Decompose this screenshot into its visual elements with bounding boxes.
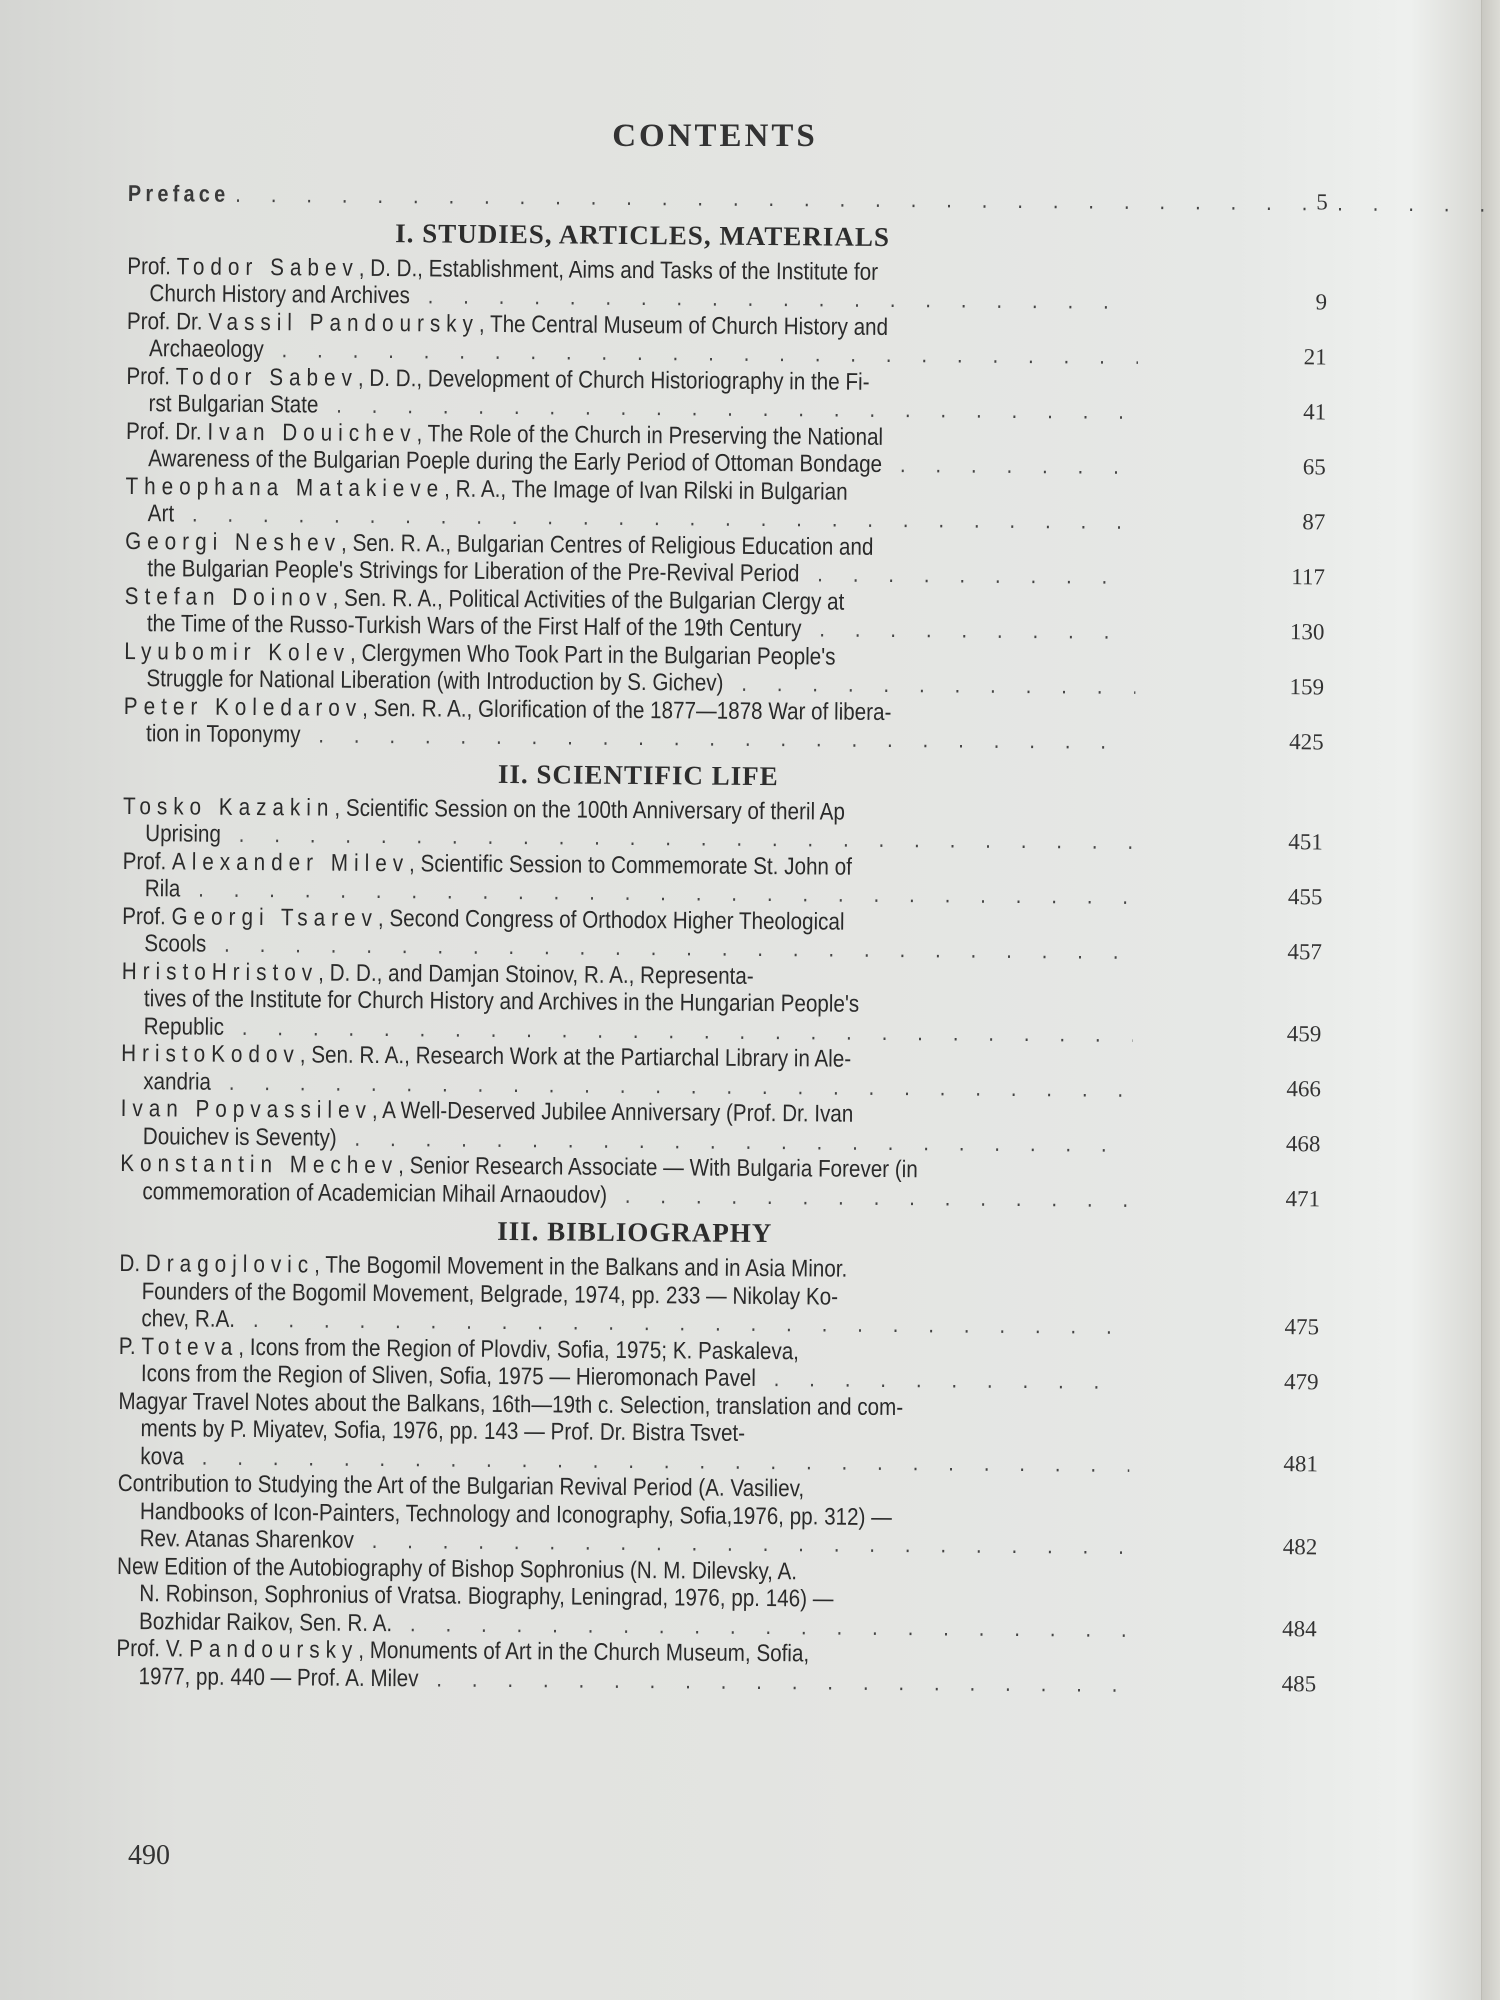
entry-title-text: , D. D., and Damjan Stoinov, R. A., Repr…	[318, 959, 754, 989]
page-edge	[1481, 0, 1500, 2000]
toc-entry: D. Dragojlovic, The Bogomil Movement in …	[119, 1250, 1320, 1342]
book-page: CONTENTS Preface . . . . . . . . . . . .…	[0, 0, 1500, 2000]
toc-entry: Prof. Todor Sabev, D. D., Establishment,…	[127, 252, 1327, 316]
author-name: Peter Koledarov	[124, 692, 363, 721]
section-heading: II. SCIENTIFIC LIFE	[123, 755, 1323, 795]
toc-entry: P. Toteva, Icons from the Region of Plov…	[119, 1332, 1319, 1396]
page-number: 466	[1286, 1076, 1321, 1102]
toc-entry: HristoKodov, Sen. R. A., Research Work a…	[121, 1040, 1321, 1104]
leader-dots: . . . . . . . . . . . . . . . . . . . . …	[723, 670, 1135, 701]
preface-label: Preface	[128, 180, 230, 207]
toc-entry-preface: Preface . . . . . . . . . . . . . . . . …	[128, 180, 1328, 217]
entry-title-text: Icons from the Region of Sliven, Sofia, …	[141, 1360, 756, 1392]
toc-entry: Magyar Travel Notes about the Balkans, 1…	[118, 1387, 1319, 1479]
section-heading: III. BIBLIOGRAPHY	[120, 1213, 1320, 1253]
toc-sections: I. STUDIES, ARTICLES, MATERIALSProf. Tod…	[116, 215, 1328, 1699]
author-name: Alexander Milev	[172, 848, 409, 877]
author-title-prefix: Prof. Dr.	[126, 417, 202, 445]
author-name: Ivan Douichev	[207, 418, 416, 447]
entry-title-text: , D. D., Development of Church Historiog…	[358, 364, 870, 395]
author-title-prefix: Prof. V.	[116, 1635, 183, 1663]
entry-title-text: Church History and Archives	[149, 280, 410, 309]
page-number: 482	[1283, 1534, 1318, 1560]
author-name: Georgi Tsarev	[171, 903, 378, 932]
page-number: 484	[1282, 1616, 1317, 1642]
page-number: 9	[1315, 289, 1327, 315]
author-name: Todor Sabev	[177, 253, 359, 281]
toc-entry: Prof. Georgi Tsarev, Second Congress of …	[122, 902, 1322, 966]
page-number: 87	[1302, 509, 1325, 535]
page-number: 485	[1282, 1671, 1317, 1697]
author-name: Stefan Doinov	[125, 582, 333, 611]
author-title-prefix: Prof.	[127, 252, 171, 279]
page-number: 451	[1288, 829, 1323, 855]
entry-title-text: chev, R.A.	[141, 1305, 235, 1333]
toc-entry: Georgi Neshev, Sen. R. A., Bulgarian Cen…	[125, 527, 1325, 591]
author-name: HristoKodov	[121, 1040, 300, 1068]
page-number: 159	[1289, 674, 1324, 700]
page-number: 468	[1286, 1131, 1321, 1157]
author-name: Theophana Matakieve	[125, 472, 444, 502]
page-number: 5	[1316, 189, 1328, 215]
toc-entry: Konstantin Mechev, Senior Research Assoc…	[120, 1150, 1320, 1214]
author-name: Dragojlovic	[146, 1250, 315, 1278]
entry-title-text: 1977, pp. 440 — Prof. A. Milev	[139, 1663, 419, 1692]
toc-entry: HristoHristov, D. D., and Damjan Stoinov…	[121, 957, 1322, 1049]
entry-title-text: , D. D., Establishment, Aims and Tasks o…	[359, 254, 878, 285]
toc-entry: Lyubomir Kolev, Clergymen Who Took Part …	[124, 637, 1324, 701]
toc-entry: Prof. Todor Sabev, D. D., Development of…	[126, 362, 1326, 426]
entry-title-text: Rev. Atanas Sharenkov	[140, 1525, 354, 1554]
toc-entry: Ivan Popvassilev, A Well-Deserved Jubile…	[120, 1095, 1320, 1159]
page-number: 459	[1287, 1021, 1322, 1047]
toc-entry: Prof. Dr. Ivan Douichev, The Role of the…	[126, 417, 1326, 481]
table-of-contents: Preface . . . . . . . . . . . . . . . . …	[116, 180, 1328, 1699]
author-title-prefix: Prof. Dr.	[127, 307, 203, 335]
entry-title-text: , Second Congress of Orthodox Higher The…	[378, 904, 845, 935]
entry-title-text: xandria	[143, 1068, 211, 1096]
toc-entry: Theophana Matakieve, R. A., The Image of…	[125, 472, 1325, 536]
entry-title-text: Republic	[144, 1013, 225, 1041]
entry-title-text: , Sen. R. A., Research Work at the Parti…	[300, 1041, 852, 1072]
toc-entry: Peter Koledarov, Sen. R. A., Glorificati…	[124, 692, 1324, 756]
entry-title-text: , Scientific Session on the 100th Annive…	[334, 794, 845, 825]
entry-title-text: Scools	[144, 930, 206, 957]
page-title: CONTENTS	[0, 118, 1430, 155]
author-title-prefix: P.	[119, 1332, 136, 1359]
toc-entry: Prof. V. Pandoursky, Monuments of Art in…	[116, 1635, 1316, 1699]
page-number: 479	[1284, 1369, 1319, 1395]
entry-title-text: rst Bulgarian State	[148, 390, 318, 418]
folio-page-number: 490	[128, 1840, 170, 1872]
leader-dots: . . . . . . . . . . . . . . . . . . . . …	[799, 560, 1136, 590]
author-title-prefix: Prof.	[126, 362, 170, 389]
author-title-prefix: D.	[119, 1250, 140, 1277]
page-number: 425	[1289, 729, 1324, 755]
entry-title-text: , Monuments of Art in the Church Museum,…	[358, 1637, 809, 1668]
entry-title-text: , Sen. R. A., Bulgarian Centres of Relig…	[341, 529, 874, 560]
author-name: Ivan Popvassilev	[121, 1095, 372, 1124]
entry-title-text: Archaeology	[149, 335, 264, 363]
page-number: 455	[1288, 884, 1323, 910]
author-title-prefix: Prof.	[122, 902, 166, 929]
author-name: Todor Sabev	[176, 363, 358, 391]
leader-dots: . . . . . . . . . . . . . . . . . . . . …	[801, 615, 1136, 645]
leader-dots: . . . . . . . . . . . . . . . . . . . . …	[235, 181, 1500, 219]
page-number: 117	[1291, 564, 1325, 590]
page-number: 130	[1290, 619, 1325, 645]
author-title-prefix: Prof.	[123, 847, 167, 874]
page-number: 481	[1283, 1451, 1318, 1477]
entry-title-text: , The Bogomil Movement in the Balkans an…	[314, 1251, 847, 1282]
entry-title-text: , Sen. R. A., Political Activities of th…	[333, 584, 845, 615]
entry-title-text: , R. A., The Image of Ivan Rilski in Bul…	[444, 475, 848, 505]
author-name: Vassil Pandoursky	[208, 308, 479, 337]
leader-dots: . . . . . . . . . . . . . . . . . . . . …	[756, 1365, 1130, 1395]
entry-title-text: ments by P. Miyatev, Sofia, 1976, pp. 14…	[140, 1415, 745, 1447]
author-name: Lyubomir Kolev	[124, 637, 350, 666]
entry-title-text: tion in Toponymy	[146, 720, 301, 748]
entry-title-text: , Clergymen Who Took Part in the Bulgari…	[350, 639, 836, 670]
page-number: 475	[1284, 1314, 1319, 1340]
page-number: 471	[1285, 1186, 1320, 1212]
page-number: 457	[1287, 939, 1322, 965]
entry-title-text: Rila	[145, 875, 181, 902]
entry-title-text: Struggle for National Liberation (with I…	[146, 665, 723, 697]
entry-title-text: Bozhidar Raikov, Sen. R. A.	[139, 1608, 392, 1637]
toc-entry: New Edition of the Autobiography of Bish…	[117, 1552, 1318, 1644]
author-name: Georgi Neshev	[125, 527, 341, 556]
entry-title-text: , A Well-Deserved Jubilee Anniversary (P…	[372, 1097, 854, 1128]
author-name: HristoHristov	[122, 957, 319, 986]
toc-entry: Contribution to Studying the Art of the …	[117, 1470, 1318, 1562]
leader-dots: . . . . . . . . . . . . . . . . . . . . …	[607, 1181, 1132, 1213]
entry-title-text: , The Central Museum of Church History a…	[479, 310, 888, 340]
entry-title-text: , Scientific Session to Commemorate St. …	[409, 850, 852, 880]
entry-title-text: commemoration of Academician Mihail Arna…	[142, 1178, 607, 1209]
page-number: 41	[1303, 399, 1326, 425]
entry-title-text: , Senior Research Associate — With Bulga…	[398, 1152, 918, 1183]
toc-entry: Prof. Dr. Vassil Pandoursky, The Central…	[127, 307, 1327, 371]
entry-title-text: Art	[148, 500, 175, 527]
entry-title-text: , Icons from the Region of Plovdiv, Sofi…	[238, 1333, 799, 1364]
leader-dots: . . . . . . . . . . . . . . . . . . . . …	[300, 721, 1135, 755]
entry-title-text: Uprising	[145, 820, 221, 848]
section-heading: I. STUDIES, ARTICLES, MATERIALS	[127, 215, 1327, 255]
author-name: Pandoursky	[189, 1636, 358, 1664]
entry-title-text: , The Role of the Church in Preserving t…	[416, 420, 883, 451]
author-name: Konstantin Mechev	[120, 1150, 398, 1179]
toc-entry: Tosko Kazakin, Scientific Session on the…	[123, 792, 1323, 856]
page-number: 65	[1303, 454, 1326, 480]
page-number: 21	[1304, 344, 1327, 370]
leader-dots: . . . . . . . . . . . . . . . . . . . . …	[882, 451, 1137, 481]
toc-entry: Prof. Alexander Milev, Scientific Sessio…	[122, 847, 1322, 911]
author-name: Tosko Kazakin	[123, 792, 335, 821]
leader-dots: . . . . . . . . . . . . . . . . . . . . …	[418, 1665, 1127, 1698]
author-name: Toteva	[141, 1333, 238, 1361]
entry-title-text: , Sen. R. A., Glorification of the 1877—…	[362, 694, 891, 725]
toc-entry: Stefan Doinov, Sen. R. A., Political Act…	[124, 582, 1324, 646]
entry-title-text: Douichev is Seventy)	[143, 1123, 337, 1152]
entry-title-text: kova	[140, 1443, 184, 1470]
